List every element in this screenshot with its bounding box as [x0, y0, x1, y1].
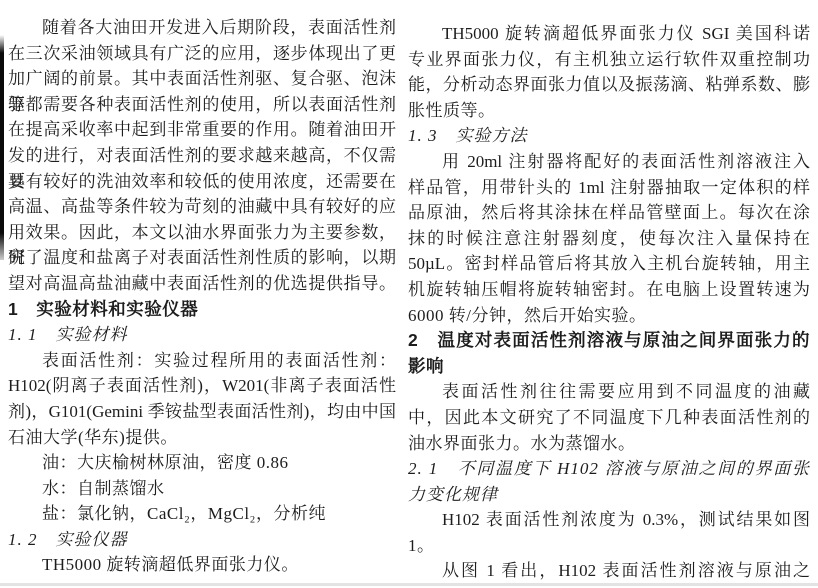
- text-line: 表面活性剂：实验过程所用的表面活性剂：: [8, 348, 396, 374]
- text-line: 用效果。因此，本文以油水界面张力为主要参数，研: [8, 220, 396, 246]
- text-line: 胀性质等。: [408, 98, 810, 124]
- text-line: TH5000 旋转滴超低界面张力仪。: [8, 552, 396, 578]
- scan-bottom-artifact: [0, 583, 818, 586]
- text-line: 油水界面张力。水为蒸馏水。: [408, 431, 810, 457]
- subsection-heading: 1. 2 实验仪器: [8, 527, 396, 553]
- text-line: H102 表面活性剂浓度为 0.3%，测试结果如图: [408, 507, 810, 533]
- text-line: 能，分析动态界面张力值以及振荡滴、粘弹系数、膨: [408, 72, 810, 98]
- text-line: 50µL。密封样品管后将其放入主机台旋转轴，用主: [408, 251, 810, 277]
- text-line: 在提高采收率中起到非常重要的作用。随着油田开: [8, 117, 396, 143]
- text-line: 1。: [408, 533, 810, 559]
- text-line: 高温、高盐等条件较为苛刻的油藏中具有较好的应: [8, 194, 396, 220]
- text-line: 抹的时候注意注射器刻度，使每次注入量保持在: [408, 226, 810, 252]
- section-heading: 1 实验材料和实验仪器: [8, 297, 396, 323]
- text-line: 发的进行，对表面活性剂的要求越来越高，不仅需要: [8, 143, 396, 169]
- text-line: 望对高温高盐油藏中表面活性剂的优选提供指导。: [8, 271, 396, 297]
- text-line: 用 20ml 注射器将配好的表面活性剂溶液注入: [408, 149, 810, 175]
- column-right: TH5000 旋转滴超低界面张力仪 SGI 美国科诺专业界面张力仪，有主机独立运…: [408, 21, 810, 584]
- column-left: 随着各大油田开发进入后期阶段，表面活性剂在三次采油领域具有广泛的应用，逐步体现出…: [8, 15, 396, 578]
- text-line: 加广阔的前景。其中表面活性剂驱、复合驱、泡沫驱: [8, 66, 396, 92]
- section-heading: 影响: [408, 354, 810, 380]
- text-line: TH5000 旋转滴超低界面张力仪 SGI 美国科诺: [408, 21, 810, 47]
- text-line: 中，因此本文研究了不同温度下几种表面活性剂的: [408, 405, 810, 431]
- scanned-paper-page: 随着各大油田开发进入后期阶段，表面活性剂在三次采油领域具有广泛的应用，逐步体现出…: [0, 0, 818, 588]
- text-line: 从图 1 看出，H102 表面活性剂溶液与原油之: [408, 558, 810, 584]
- text-line: 剂)，G101(Gemini 季铵盐型表面活性剂)，均由中国: [8, 399, 396, 425]
- text-line: 等都需要各种表面活性剂的使用，所以表面活性剂: [8, 92, 396, 118]
- subsection-heading: 1. 3 实验方法: [408, 123, 810, 149]
- text-line: 石油大学(华东)提供。: [8, 425, 396, 451]
- text-line: 品原油，然后将其涂抹在样品管壁面上。每次在涂: [408, 200, 810, 226]
- subsection-heading: 1. 1 实验材料: [8, 322, 396, 348]
- scan-edge-artifact: [0, 35, 4, 260]
- text-line: H102(阴离子表面活性剂)，W201(非离子表面活性: [8, 373, 396, 399]
- text-line: 样品管，用带针头的 1ml 注射器抽取一定体积的样: [408, 175, 810, 201]
- text-line: 机旋转轴压帽将旋转轴密封。在电脑上设置转速为: [408, 277, 810, 303]
- text-line: 具有较好的洗油效率和较低的使用浓度，还需要在: [8, 169, 396, 195]
- text-line: 表面活性剂往往需要应用到不同温度的油藏: [408, 379, 810, 405]
- subsection-heading: 力变化规律: [408, 482, 810, 508]
- text-line: 水：自制蒸馏水: [8, 476, 396, 502]
- subsection-heading: 2. 1 不同温度下 H102 溶液与原油之间的界面张: [408, 456, 810, 482]
- text-line: 6000 转/分钟，然后开始实验。: [408, 303, 810, 329]
- text-line: 油：大庆榆树林原油，密度 0.86: [8, 450, 396, 476]
- text-line: 在三次采油领域具有广泛的应用，逐步体现出了更: [8, 41, 396, 67]
- text-line: 专业界面张力仪，有主机独立运行软件双重控制功: [408, 47, 810, 73]
- text-line: 盐：氯化钠，CaCl₂，MgCl₂，分析纯: [8, 501, 396, 527]
- text-line: 究了温度和盐离子对表面活性剂性质的影响，以期: [8, 245, 396, 271]
- section-heading: 2 温度对表面活性剂溶液与原油之间界面张力的: [408, 328, 810, 354]
- text-line: 随着各大油田开发进入后期阶段，表面活性剂: [8, 15, 396, 41]
